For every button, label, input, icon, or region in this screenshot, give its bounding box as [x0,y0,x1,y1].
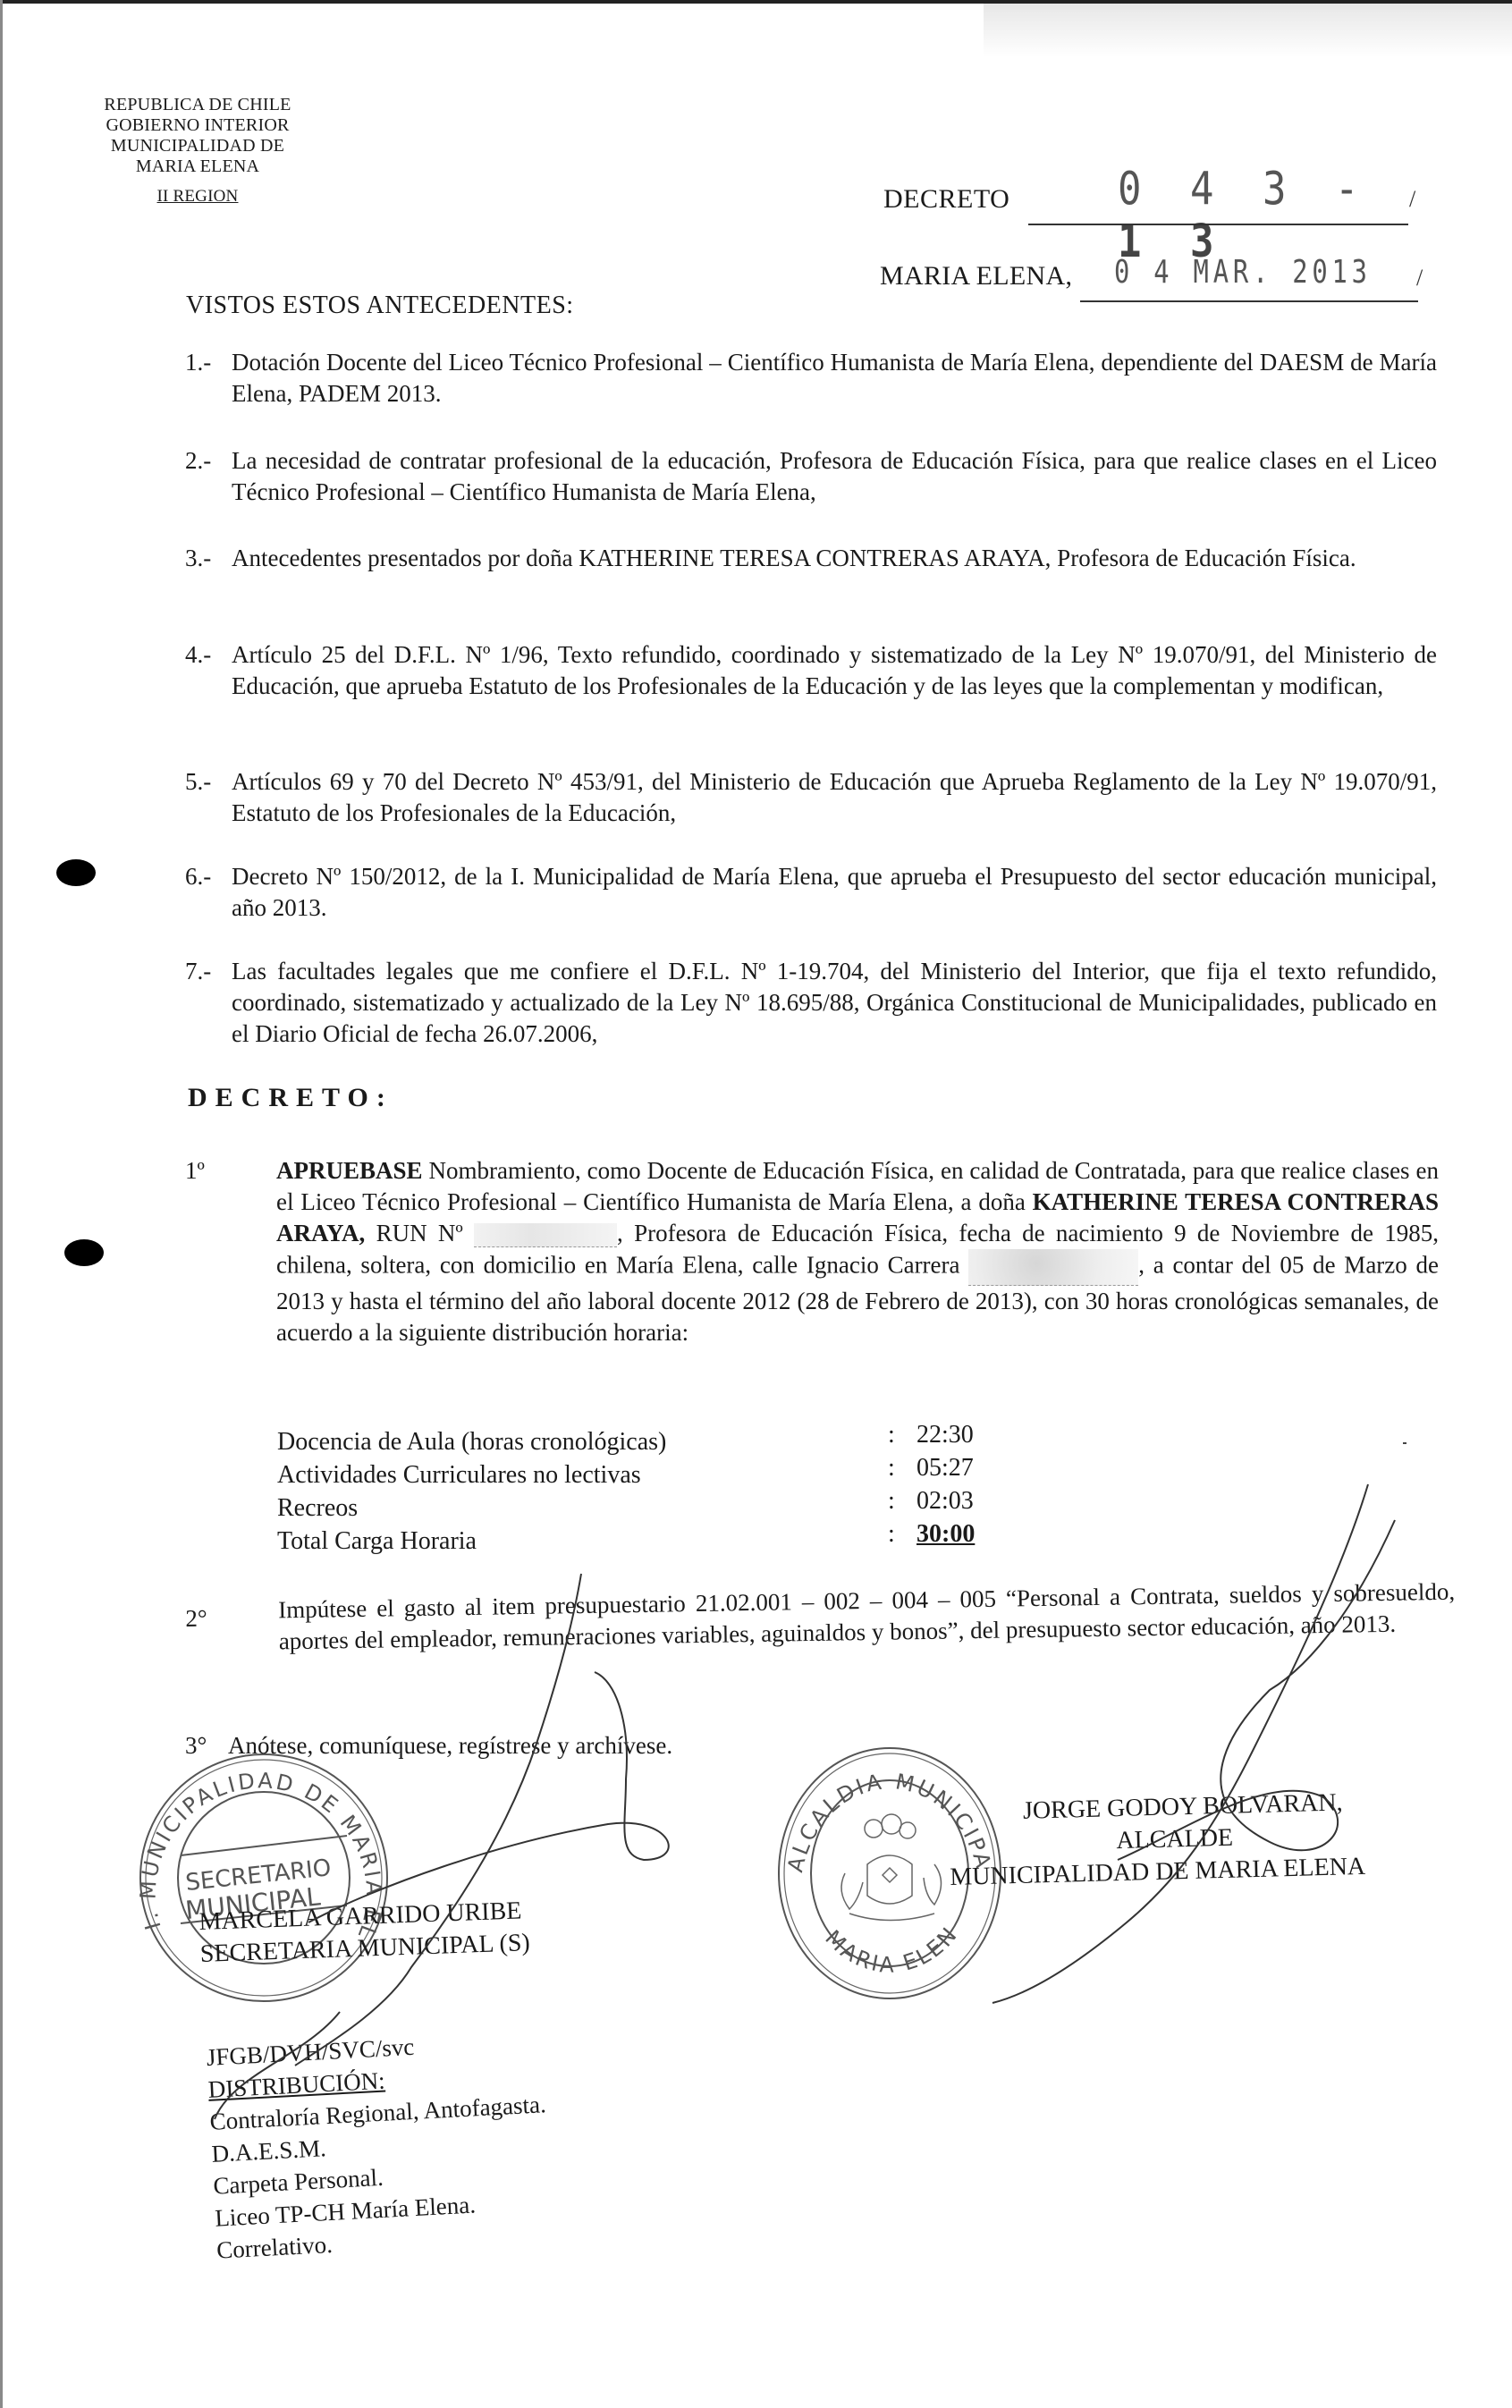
article-2: 2° Impútese el gasto al item presupuesta… [185,1576,1456,1659]
letterhead: REPUBLICA DE CHILE GOBIERNO INTERIOR MUN… [86,95,309,207]
antecedent-text: Artículo 25 del D.F.L. Nº 1/96, Texto re… [232,639,1437,702]
article-number: 2° [185,1603,207,1635]
hours-value: 02:03 [916,1487,974,1516]
hours-label: Docencia de Aula (horas cronológicas) [277,1428,666,1457]
hours-value: 05:27 [916,1454,974,1483]
hours-colon: : [888,1520,895,1549]
hours-colon: : [888,1487,895,1516]
punch-hole [64,1239,104,1266]
scan-artifact [984,4,1512,57]
hours-colon: : [888,1454,895,1483]
article-text: Impútese el gasto al item presupuestario… [278,1576,1456,1658]
decree-slash: / [1409,186,1415,213]
signatory-mayor: JORGE GODOY BOLVARAN, ALCALDE MUNICIPALI… [948,1787,1366,1894]
antecedent-item: 1.- Dotación Docente del Liceo Técnico P… [185,347,1437,410]
article-1: 1º APRUEBASE Nombramiento, como Docente … [185,1155,1439,1348]
antecedent-text: La necesidad de contratar profesional de… [232,445,1437,508]
decree-number-part: 0 4 3 - [1118,163,1371,215]
antecedent-item: 4.- Artículo 25 del D.F.L. Nº 1/96, Text… [185,639,1437,702]
antecedent-number: 2.- [185,445,211,477]
date-slash: / [1416,265,1423,291]
antecedent-number: 6.- [185,861,211,892]
signature-right-icon [993,1484,1395,2003]
hours-value: 30:00 [916,1520,975,1549]
hours-colon: : [888,1421,895,1449]
article-lead: APRUEBASE [276,1157,423,1184]
antecedent-item: 6.- Decreto Nº 150/2012, de la I. Munici… [185,861,1437,924]
hours-row: Actividades Curriculares no lectivas : 0… [277,1461,993,1494]
antecedent-number: 4.- [185,639,211,671]
hours-value: 22:30 [916,1421,974,1449]
decree-number-field: DECRETO 0 4 3 - 1 3 / [883,170,1438,224]
hours-label: Recreos [277,1494,358,1523]
scan-left-edge [0,0,3,2408]
letterhead-line: MARIA ELENA [86,156,309,177]
letterhead-region: II REGION [86,186,309,207]
letterhead-line: REPUBLICA DE CHILE [86,95,309,115]
hours-row-total: Total Carga Horaria : 30:00 [277,1527,993,1560]
letterhead-line: GOBIERNO INTERIOR [86,115,309,136]
antecedent-item: 2.- La necesidad de contratar profesiona… [185,445,1437,508]
date-field: MARIA ELENA, 0 4 MAR. 2013 / [880,250,1452,304]
decree-label: DECRETO [883,184,1009,215]
section-heading-vistos: VISTOS ESTOS ANTECEDENTES: [186,291,574,320]
municipal-secretary-stamp: I. MUNICIPALIDAD DE MARIA ELENA SECRETAR… [134,1748,393,2007]
hours-row: Recreos : 02:03 [277,1494,993,1527]
antecedent-number: 7.- [185,956,211,987]
antecedent-number: 5.- [185,766,211,798]
article-text-part: RUN Nº [365,1220,474,1246]
coat-of-arms-icon [841,1814,942,1921]
hours-label: Actividades Curriculares no lectivas [277,1461,641,1490]
date-label: MARIA ELENA, [880,261,1072,291]
redacted-run [474,1223,617,1247]
article-text: APRUEBASE Nombramiento, como Docente de … [276,1155,1439,1348]
letterhead-line: MUNICIPALIDAD DE [86,136,309,156]
antecedent-text: Decreto Nº 150/2012, de la I. Municipali… [232,861,1437,924]
decree-underline [1028,224,1408,225]
date-stamp: 0 4 MAR. 2013 [1114,254,1372,291]
hours-distribution-table: Docencia de Aula (horas cronológicas) : … [277,1428,993,1560]
distribution-block: JFGB/DVH/SVC/svc DISTRIBUCIÓN: Contralor… [206,2024,553,2266]
antecedent-text: Dotación Docente del Liceo Técnico Profe… [232,347,1437,410]
signatory-secretary: MARCELA GARRIDO URIBE SECRETARIA MUNICIP… [199,1895,530,1971]
hours-label: Total Carga Horaria [277,1527,477,1556]
antecedent-text: Antecedentes presentados por doña KATHER… [232,543,1437,574]
hours-row: Docencia de Aula (horas cronológicas) : … [277,1428,993,1461]
antecedent-number: 1.- [185,347,211,378]
antecedent-text: Artículos 69 y 70 del Decreto Nº 453/91,… [232,766,1437,829]
scan-speck [1403,1442,1406,1444]
antecedent-item: 3.- Antecedentes presentados por doña KA… [185,543,1437,574]
antecedent-number: 3.- [185,543,211,574]
article-number: 1º [185,1155,205,1187]
section-heading-decreto: DECRETO: [188,1083,393,1113]
antecedent-item: 7.- Las facultades legales que me confie… [185,956,1437,1050]
punch-hole [56,859,96,886]
date-underline [1080,300,1418,302]
redacted-address [968,1249,1138,1286]
antecedent-text: Las facultades legales que me confiere e… [232,956,1437,1050]
antecedent-item: 5.- Artículos 69 y 70 del Decreto Nº 453… [185,766,1437,829]
